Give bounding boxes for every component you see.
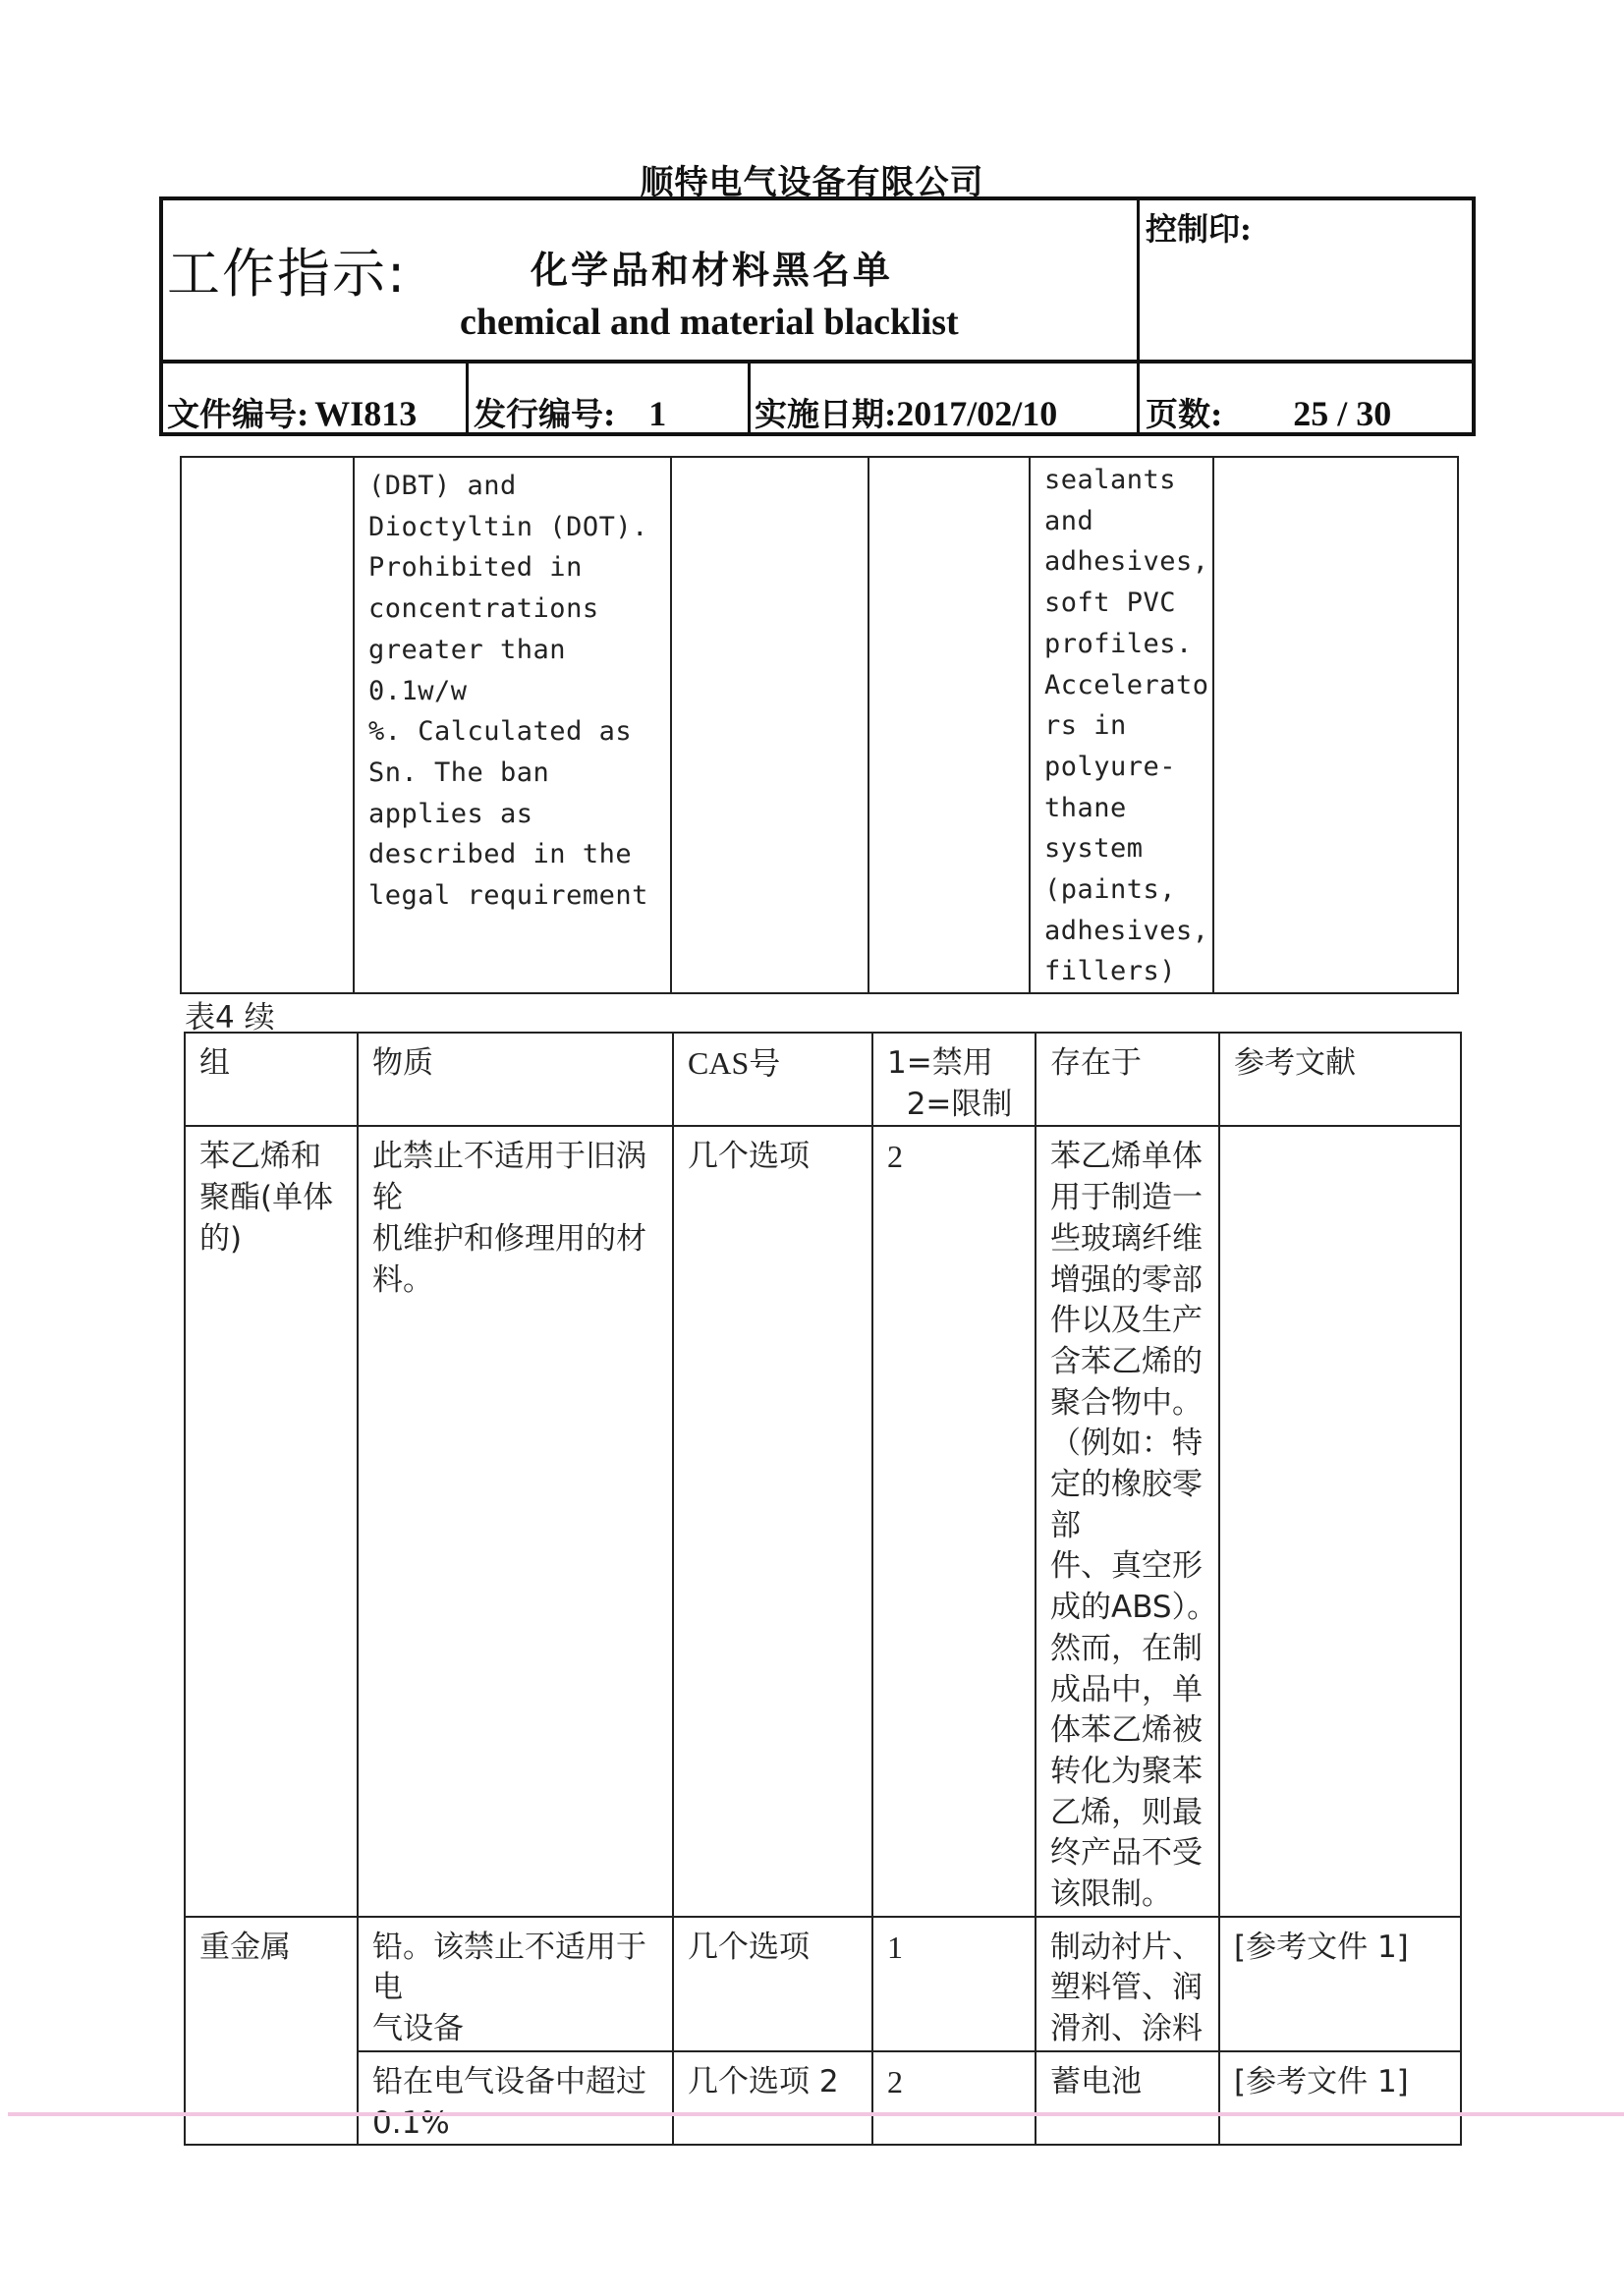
page-count-label: 页数: [1146, 395, 1222, 433]
effective-date-value: 2017/02/10 [896, 394, 1057, 433]
doc-number-field: 文件编号:WI813 [167, 389, 417, 435]
page-count-value: 25 / 30 [1293, 394, 1391, 433]
document-title-cn: 化学品和材料黑名单 [531, 240, 893, 294]
header-group: 组 [185, 1033, 358, 1126]
cell-substance: 铅。该禁止不适用于 电 气设备 [358, 1917, 673, 2051]
table-row: 苯乙烯和 聚酯(单体 的) 此禁止不适用于旧涡 轮 机维护和修理用的材 料。 几… [185, 1126, 1461, 1916]
issue-number-label: 发行编号: [474, 395, 615, 433]
issue-number-field: 发行编号:1 [474, 389, 666, 435]
header-present-in: 存在于 [1036, 1033, 1219, 1126]
header-reference: 参考文献 [1219, 1033, 1461, 1126]
cell-group: 重金属 [185, 1917, 358, 2146]
doc-number-label: 文件编号: [167, 395, 308, 433]
cell-cas [671, 457, 868, 993]
cell-cas: 几个选项 [673, 1917, 872, 2051]
footer-rule [8, 2112, 1624, 2116]
meta-divider-1 [466, 360, 469, 436]
table-caption: 表4 续 [185, 992, 275, 1036]
cell-reference [1219, 1126, 1461, 1916]
cell-present-in: 制动衬片、 塑料管、润 滑剂、涂料 [1036, 1917, 1219, 2051]
cell-group [181, 457, 354, 993]
table-row: 重金属 铅。该禁止不适用于 电 气设备 几个选项 1 制动衬片、 塑料管、润 滑… [185, 1917, 1461, 2051]
continued-table: (DBT) and Dioctyltin (DOT). Prohibited i… [180, 456, 1459, 994]
effective-date-label: 实施日期: [755, 395, 896, 433]
cell-reference: [参考文件 1] [1219, 2051, 1461, 2145]
cell-status: 2 [872, 2051, 1036, 2145]
control-column-divider [1137, 196, 1140, 436]
cell-status: 2 [872, 1126, 1036, 1916]
cell-reference: [参考文件 1] [1219, 1917, 1461, 2051]
document-title-en: chemical and material blacklist [460, 301, 959, 344]
cell-status [868, 457, 1030, 993]
header-divider [159, 360, 1476, 364]
cell-present-in: sealants and adhesives, soft PVC profile… [1030, 457, 1213, 993]
cell-substance: 铅在电气设备中超过 0.1% [358, 2051, 673, 2145]
issue-number-value: 1 [648, 394, 666, 433]
header-cas: CAS号 [673, 1033, 872, 1126]
cell-status: 1 [872, 1917, 1036, 2051]
cell-cas: 几个选项 2 [673, 2051, 872, 2145]
doc-number-value: WI813 [314, 394, 417, 433]
table-row: (DBT) and Dioctyltin (DOT). Prohibited i… [181, 457, 1458, 993]
table-row: 铅在电气设备中超过 0.1% 几个选项 2 2 蓄电池 [参考文件 1] [185, 2051, 1461, 2145]
cell-present-in: 苯乙烯单体 用于制造一 些玻璃纤维 增强的零部 件以及生产 含苯乙烯的 聚合物中… [1036, 1126, 1219, 1916]
cell-substance: (DBT) and Dioctyltin (DOT). Prohibited i… [354, 457, 671, 993]
work-instruction-label: 工作指示: [167, 232, 407, 308]
header-status: 1=禁用 2=限制 [872, 1033, 1036, 1126]
table-4: 组 物质 CAS号 1=禁用 2=限制 存在于 参考文献 苯乙烯和 聚酯(单体 … [184, 1032, 1462, 2146]
effective-date-field: 实施日期:2017/02/10 [755, 389, 1057, 435]
meta-divider-2 [748, 360, 751, 436]
page-count-field: 页数:25 / 30 [1146, 389, 1391, 435]
cell-substance: 此禁止不适用于旧涡 轮 机维护和修理用的材 料。 [358, 1126, 673, 1916]
header-substance: 物质 [358, 1033, 673, 1126]
cell-group: 苯乙烯和 聚酯(单体 的) [185, 1126, 358, 1916]
table-header-row: 组 物质 CAS号 1=禁用 2=限制 存在于 参考文献 [185, 1033, 1461, 1126]
cell-reference [1213, 457, 1458, 993]
control-stamp-label: 控制印: [1146, 204, 1252, 250]
cell-present-in: 蓄电池 [1036, 2051, 1219, 2145]
cell-cas: 几个选项 [673, 1126, 872, 1916]
